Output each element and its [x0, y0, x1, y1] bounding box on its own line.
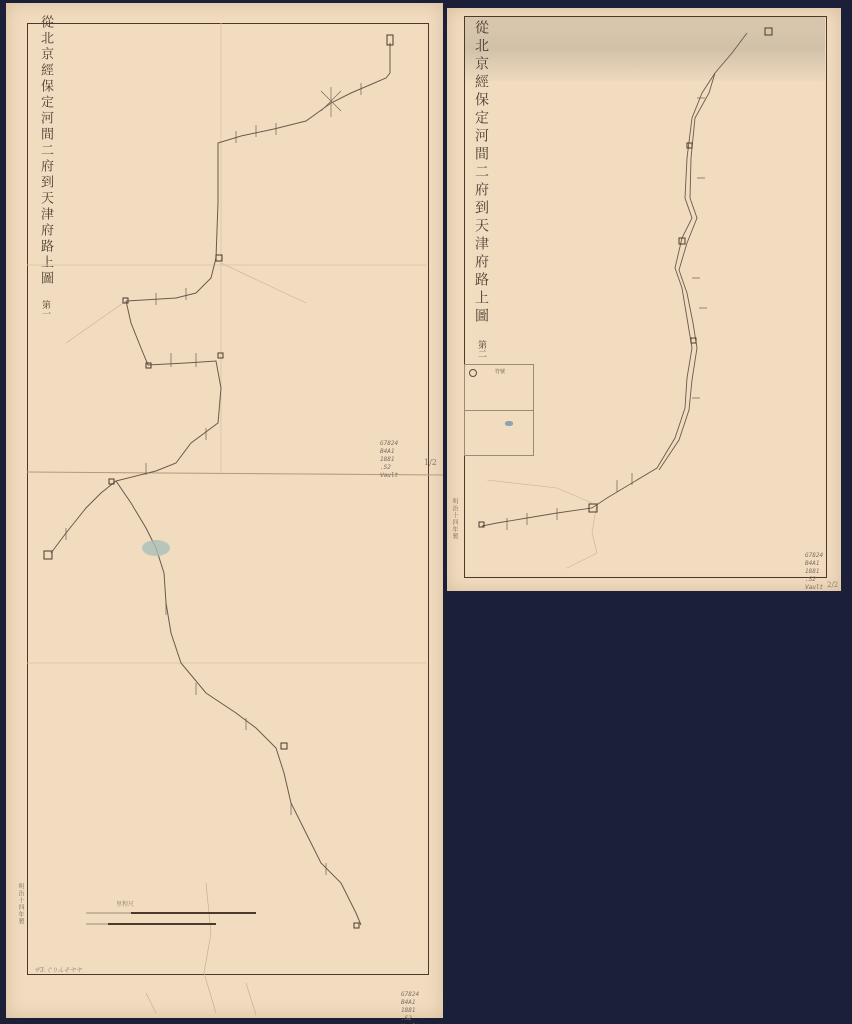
- capital-symbol-icon: [469, 369, 477, 377]
- map-legend: 符號: [464, 364, 534, 456]
- route-map-2: [447, 8, 841, 591]
- side-note: 明治十四年製: [16, 883, 25, 925]
- map-sheet-2: 從北京經保定河間二府到天津府路上圖 第二 符號: [447, 8, 841, 591]
- legend-divider: [465, 410, 533, 411]
- call-number: G7824 B4A1 1881 .S2 Vault: [401, 991, 419, 1024]
- legend-title: 符號: [495, 368, 505, 375]
- map-sheet-1: 從北京經保定河間二府到天津府路上圖 第一: [6, 3, 443, 1018]
- call-number-inner: G7824 B4A1 1881 .S2 Vault: [380, 440, 398, 480]
- route-map-1: [6, 3, 443, 1018]
- call-number: G7824 B4A1 1881 .S2 Vault: [805, 552, 823, 592]
- bottom-left-note: ザ3.ぐりんそヤヤ: [34, 965, 82, 974]
- side-note: 明治十四年製: [450, 498, 459, 540]
- lake-icon: [142, 540, 170, 556]
- scale-bar-label: 里程尺: [116, 899, 134, 908]
- water-symbol-icon: [505, 421, 513, 426]
- page-mark: 2/2: [827, 581, 838, 589]
- page-mark: 1/2: [424, 458, 437, 467]
